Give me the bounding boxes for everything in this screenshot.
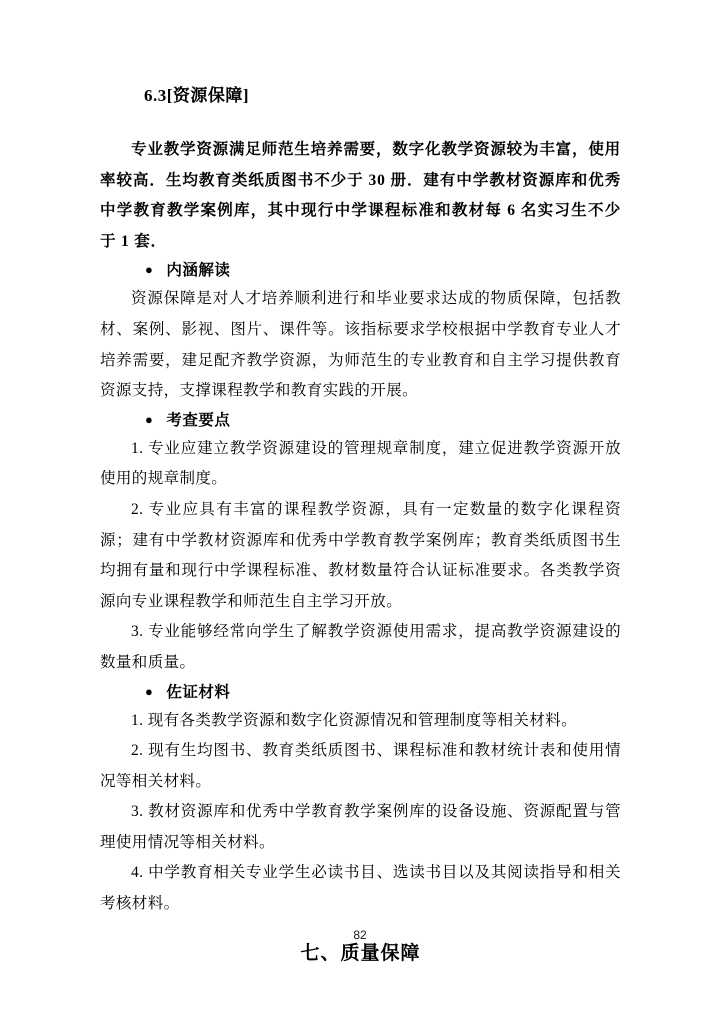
- intro-paragraph: 专业教学资源满足师范生培养需要，数字化教学资源较为丰富，使用率较高．生均教育类纸…: [100, 135, 621, 257]
- bullet-icon: ●: [145, 407, 153, 433]
- bullet-heading-key-points: ●考查要点: [145, 407, 621, 434]
- bullet-icon: ●: [145, 257, 153, 283]
- paragraph: 1. 现有各类教学资源和数字化资源情况和管理制度等相关材料。: [100, 706, 621, 737]
- paragraph: 3. 专业能够经常向学生了解教学资源使用需求，提高教学资源建设的数量和质量。: [100, 617, 621, 678]
- page-content: 6.3[资源保障] 专业教学资源满足师范生培养需要，数字化教学资源较为丰富，使用…: [100, 84, 621, 968]
- chapter-heading: 七、质量保障: [100, 940, 621, 968]
- paragraph: 资源保障是对人才培养顺利进行和毕业要求达成的物质保障，包括教材、案例、影视、图片…: [100, 284, 621, 406]
- bullet-heading-label: 内涵解读: [166, 262, 230, 279]
- paragraph: 2. 现有生均图书、教育类纸质图书、课程标准和教材统计表和使用情况等相关材料。: [100, 736, 621, 797]
- paragraph: 1. 专业应建立教学资源建设的管理规章制度，建立促进教学资源开放使用的规章制度。: [100, 434, 621, 495]
- paragraph: 3. 教材资源库和优秀中学教育教学案例库的设备设施、资源配置与管理使用情况等相关…: [100, 797, 621, 858]
- bullet-heading-label: 考查要点: [166, 412, 230, 429]
- document-page: 6.3[资源保障] 专业教学资源满足师范生培养需要，数字化教学资源较为丰富，使用…: [0, 0, 720, 1018]
- page-number: 82: [0, 928, 720, 942]
- paragraph: 2. 专业应具有丰富的课程教学资源，具有一定数量的数字化课程资源；建有中学教材资…: [100, 495, 621, 617]
- bullet-icon: ●: [145, 679, 153, 705]
- bullet-heading-label: 佐证材料: [166, 684, 230, 701]
- section-heading: 6.3[资源保障]: [144, 84, 621, 108]
- bullet-heading-connotation: ●内涵解读: [145, 257, 621, 284]
- bullet-heading-supporting-materials: ●佐证材料: [145, 679, 621, 706]
- paragraph: 4. 中学教育相关专业学生必读书目、选读书目以及其阅读指导和相关考核材料。: [100, 858, 621, 919]
